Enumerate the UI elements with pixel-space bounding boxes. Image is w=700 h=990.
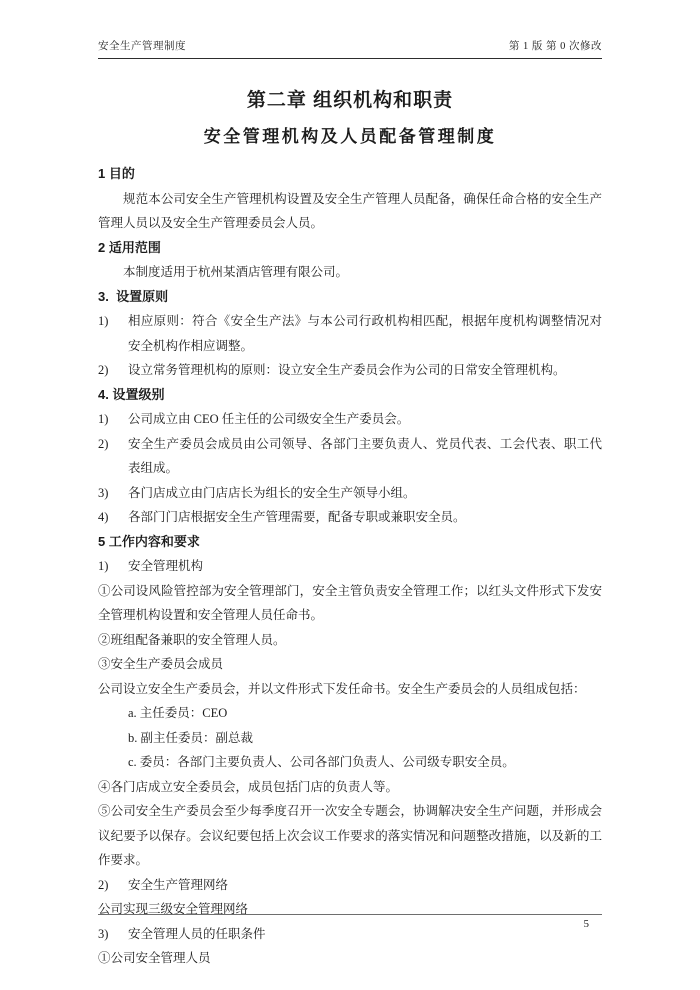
list-item: 2) 安全生产管理网络: [98, 873, 602, 898]
page-header: 安全生产管理制度 第 1 版 第 0 次修改: [98, 38, 602, 59]
sub-list-item: b. 副主任委员：副总裁: [98, 726, 602, 751]
page-number: 5: [98, 915, 602, 933]
list-item-number: 1): [98, 309, 128, 358]
sub-list-item: c. 委员：各部门主要负责人、公司各部门负责人、公司级专职安全员。: [98, 750, 602, 775]
list-item-text: 安全生产委员会成员由公司领导、各部门主要负责人、党员代表、工会代表、职工代表组成…: [128, 432, 602, 481]
page-footer: 5: [98, 914, 602, 933]
document-body: 第二章 组织机构和职责 安全管理机构及人员配备管理制度 1 目的 规范本公司安全…: [98, 88, 602, 971]
list-item-text: 各门店成立由门店店长为组长的安全生产领导小组。: [128, 481, 602, 506]
list-item-number: 2): [98, 358, 128, 383]
list-item-text: 安全生产管理网络: [128, 873, 602, 898]
list-item-number: 1): [98, 554, 128, 579]
section-heading: 3. 设置原则: [98, 285, 602, 310]
document-page: 安全生产管理制度 第 1 版 第 0 次修改 第二章 组织机构和职责 安全管理机…: [0, 0, 700, 990]
list-item: 4) 各部门门店根据安全生产管理需要，配备专职或兼职安全员。: [98, 505, 602, 530]
list-item: 2) 设立常务管理机构的原则：设立安全生产委员会作为公司的日常安全管理机构。: [98, 358, 602, 383]
header-doc-title: 安全生产管理制度: [98, 38, 186, 53]
section-heading: 2 适用范围: [98, 236, 602, 261]
paragraph: 规范本公司安全生产管理机构设置及安全生产管理人员配备，确保任命合格的安全生产管理…: [98, 187, 602, 236]
chapter-title: 第二章 组织机构和职责: [98, 88, 602, 114]
sub-list-item: a. 主任委员：CEO: [98, 701, 602, 726]
list-item: 1) 公司成立由 CEO 任主任的公司级安全生产委员会。: [98, 407, 602, 432]
paragraph: 公司设立安全生产委员会，并以文件形式下发任命书。安全生产委员会的人员组成包括：: [98, 677, 602, 702]
paragraph: ⑤公司安全生产委员会至少每季度召开一次安全专题会，协调解决安全生产问题，并形成会…: [98, 799, 602, 873]
paragraph: ④各门店成立安全委员会，成员包括门店的负责人等。: [98, 775, 602, 800]
header-version-info: 第 1 版 第 0 次修改: [509, 38, 602, 53]
list-item: 2) 安全生产委员会成员由公司领导、各部门主要负责人、党员代表、工会代表、职工代…: [98, 432, 602, 481]
paragraph: 本制度适用于杭州某酒店管理有限公司。: [98, 260, 602, 285]
list-item-text: 各部门门店根据安全生产管理需要，配备专职或兼职安全员。: [128, 505, 602, 530]
list-item-number: 1): [98, 407, 128, 432]
section-heading: 4. 设置级别: [98, 383, 602, 408]
list-item-number: 2): [98, 432, 128, 481]
list-item: 1) 安全管理机构: [98, 554, 602, 579]
paragraph: ②班组配备兼职的安全管理人员。: [98, 628, 602, 653]
paragraph: ③安全生产委员会成员: [98, 652, 602, 677]
list-item-text: 相应原则：符合《安全生产法》与本公司行政机构相匹配，根据年度机构调整情况对安全机…: [128, 309, 602, 358]
content-blocks: 1 目的 规范本公司安全生产管理机构设置及安全生产管理人员配备，确保任命合格的安…: [98, 162, 602, 971]
list-item-text: 公司成立由 CEO 任主任的公司级安全生产委员会。: [128, 407, 602, 432]
list-item-number: 4): [98, 505, 128, 530]
list-item-text: 安全管理机构: [128, 554, 602, 579]
list-item-text: 设立常务管理机构的原则：设立安全生产委员会作为公司的日常安全管理机构。: [128, 358, 602, 383]
document-title: 安全管理机构及人员配备管理制度: [98, 125, 602, 149]
section-heading: 5 工作内容和要求: [98, 530, 602, 555]
list-item: 1) 相应原则：符合《安全生产法》与本公司行政机构相匹配，根据年度机构调整情况对…: [98, 309, 602, 358]
list-item-number: 3): [98, 481, 128, 506]
paragraph: ①公司设风险管控部为安全管理部门，安全主管负责安全管理工作；以红头文件形式下发安…: [98, 579, 602, 628]
list-item-number: 2): [98, 873, 128, 898]
list-item: 3) 各门店成立由门店店长为组长的安全生产领导小组。: [98, 481, 602, 506]
paragraph: ①公司安全管理人员: [98, 946, 602, 971]
section-heading: 1 目的: [98, 162, 602, 187]
